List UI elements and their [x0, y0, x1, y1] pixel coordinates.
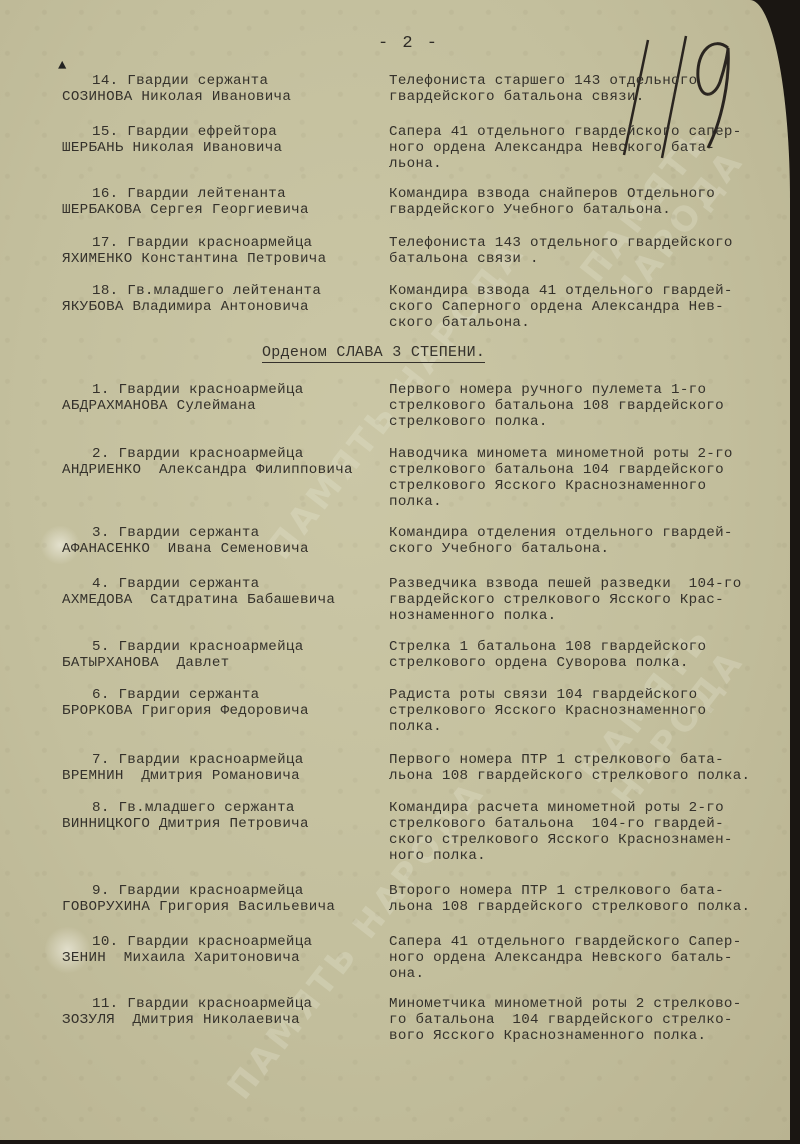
unit-line: она. [389, 966, 784, 982]
recipient-rank: 17. Гвардии красноармейца [62, 235, 392, 251]
recipient-rank: 15. Гвардии ефрейтора [62, 124, 392, 140]
unit-line: гвардейского стрелкового Ясского Крас- [389, 592, 784, 608]
unit-line: стрелкового Ясского Краснознаменного [389, 703, 784, 719]
unit-line: Минометчика минометной роты 2 стрелково- [389, 996, 784, 1012]
recipient-name: ЗЕНИН Михаила Харитоновича [62, 950, 392, 966]
unit-line: Первого номера ПТР 1 стрелкового бата- [389, 752, 784, 768]
recipient-name: ЯКУБОВА Владимира Антоновича [62, 299, 392, 315]
recipient-rank: 6. Гвардии сержанта [62, 687, 392, 703]
recipient: 1. Гвардии красноармейцаАБДРАХМАНОВА Сул… [62, 382, 392, 414]
recipient-rank: 11. Гвардии красноармейца [62, 996, 392, 1012]
unit-line: ского батальона. [389, 315, 784, 331]
recipient-unit: Командира расчета минометной роты 2-гост… [389, 800, 784, 864]
unit-line: Сапера 41 отдельного гвардейского Сапер- [389, 934, 784, 950]
recipient: 4. Гвардии сержантаАХМЕДОВА Сатдратина Б… [62, 576, 392, 608]
unit-line: ского Учебного батальона. [389, 541, 784, 557]
unit-line: батальона связи . [389, 251, 784, 267]
recipient-name: АБДРАХМАНОВА Сулеймана [62, 398, 392, 414]
recipient-name: АНДРИЕНКО Александра Филипповича [62, 462, 392, 478]
recipient-rank: 9. Гвардии красноармейца [62, 883, 392, 899]
recipient-rank: 14. Гвардии сержанта [62, 73, 392, 89]
recipient: 17. Гвардии красноармейцаЯХИМЕНКО Конста… [62, 235, 392, 267]
recipient-unit: Телефониста старшего 143 отдельногогвард… [389, 73, 784, 105]
recipient-name: АФАНАСЕНКО Ивана Семеновича [62, 541, 392, 557]
recipient-name: ГОВОРУХИНА Григория Васильевича [62, 899, 392, 915]
unit-line: Командира взвода 41 отдельного гвардей- [389, 283, 784, 299]
recipient-name: ВРЕМНИН Дмитрия Романовича [62, 768, 392, 784]
recipient-rank: 18. Гв.младшего лейтенанта [62, 283, 392, 299]
recipient-unit: Разведчика взвода пешей разведки 104-гог… [389, 576, 784, 624]
unit-line: стрелкового Ясского Краснознаменного [389, 478, 784, 494]
unit-line: вого Ясского Краснознаменного полка. [389, 1028, 784, 1044]
unit-line: стрелкового батальона 104 гвардейского [389, 462, 784, 478]
recipient: 10. Гвардии красноармейцаЗЕНИН Михаила Х… [62, 934, 392, 966]
recipient-unit: Наводчика миномета минометной роты 2-гос… [389, 446, 784, 510]
recipient-name: СОЗИНОВА Николая Ивановича [62, 89, 392, 105]
unit-line: ского стрелкового Ясского Краснознамен- [389, 832, 784, 848]
recipient-rank: 5. Гвардии красноармейца [62, 639, 392, 655]
recipient: 7. Гвардии красноармейцаВРЕМНИН Дмитрия … [62, 752, 392, 784]
recipient-unit: Минометчика минометной роты 2 стрелково-… [389, 996, 784, 1044]
unit-line: гвардейского Учебного батальона. [389, 202, 784, 218]
unit-line: стрелкового батальона 104-го гвардей- [389, 816, 784, 832]
recipient-rank: 2. Гвардии красноармейца [62, 446, 392, 462]
recipient-unit: Радиста роты связи 104 гвардейскогострел… [389, 687, 784, 735]
recipient-rank: 1. Гвардии красноармейца [62, 382, 392, 398]
recipient: 3. Гвардии сержантаАФАНАСЕНКО Ивана Семе… [62, 525, 392, 557]
unit-line: Телефониста 143 отдельного гвардейского [389, 235, 784, 251]
unit-line: стрелкового батальона 108 гвардейского [389, 398, 784, 414]
recipient: 16. Гвардии лейтенантаШЕРБАКОВА Сергея Г… [62, 186, 392, 218]
unit-line: Первого номера ручного пулемета 1-го [389, 382, 784, 398]
unit-line: полка. [389, 494, 784, 510]
section-heading: Орденом СЛАВА 3 СТЕПЕНИ. [262, 344, 485, 363]
recipient-name: АХМЕДОВА Сатдратина Бабашевича [62, 592, 392, 608]
punch-mark: ▲ [58, 58, 66, 74]
unit-line: ного ордена Александра Невского баталь- [389, 950, 784, 966]
unit-line: стрелкового полка. [389, 414, 784, 430]
recipient-rank: 7. Гвардии красноармейца [62, 752, 392, 768]
recipient-unit: Телефониста 143 отдельного гвардейскогоб… [389, 235, 784, 267]
recipient-name: ЗОЗУЛЯ Дмитрия Николаевича [62, 1012, 392, 1028]
recipient-unit: Командира взвода снайперов Отдельногогва… [389, 186, 784, 218]
unit-line: Второго номера ПТР 1 стрелкового бата- [389, 883, 784, 899]
recipient: 18. Гв.младшего лейтенантаЯКУБОВА Владим… [62, 283, 392, 315]
recipient: 11. Гвардии красноармейцаЗОЗУЛЯ Дмитрия … [62, 996, 392, 1028]
unit-line: нознаменного полка. [389, 608, 784, 624]
recipient-name: ВИННИЦКОГО Дмитрия Петровича [62, 816, 392, 832]
unit-line: полка. [389, 719, 784, 735]
recipient-name: ЯХИМЕНКО Константина Петровича [62, 251, 392, 267]
unit-line: Радиста роты связи 104 гвардейского [389, 687, 784, 703]
recipient: 15. Гвардии ефрейтораШЕРБАНЬ Николая Ива… [62, 124, 392, 156]
unit-line: гвардейского батальона связи. [389, 89, 784, 105]
unit-line: Стрелка 1 батальона 108 гвардейского [389, 639, 784, 655]
unit-line: го батальона 104 гвардейского стрелко- [389, 1012, 784, 1028]
recipient: 14. Гвардии сержантаСОЗИНОВА Николая Ива… [62, 73, 392, 105]
unit-line: ского Саперного ордена Александра Нев- [389, 299, 784, 315]
recipient: 8. Гв.младшего сержантаВИННИЦКОГО Дмитри… [62, 800, 392, 832]
recipient-unit: Командира отделения отдельного гвардей-с… [389, 525, 784, 557]
unit-line: льона. [389, 156, 784, 172]
recipient: 2. Гвардии красноармейцаАНДРИЕНКО Алекса… [62, 446, 392, 478]
recipient-unit: Сапера 41 отдельного гвардейского Сапер-… [389, 934, 784, 982]
recipient-name: ШЕРБАКОВА Сергея Георгиевича [62, 202, 392, 218]
unit-line: Наводчика миномета минометной роты 2-го [389, 446, 784, 462]
recipient-unit: Командира взвода 41 отдельного гвардей-с… [389, 283, 784, 331]
recipient: 5. Гвардии красноармейцаБАТЫРХАНОВА Давл… [62, 639, 392, 671]
recipient-rank: 3. Гвардии сержанта [62, 525, 392, 541]
recipient-rank: 16. Гвардии лейтенанта [62, 186, 392, 202]
document-page: ПАМЯТЬ НАРОДА ПАМЯТЬ НАРОДА ПАМЯТЬ НАРОД… [0, 0, 790, 1140]
recipient-unit: Сапера 41 отдельного гвардейского сапер-… [389, 124, 784, 172]
unit-line: Командира отделения отдельного гвардей- [389, 525, 784, 541]
unit-line: Разведчика взвода пешей разведки 104-го [389, 576, 784, 592]
recipient-name: БАТЫРХАНОВА Давлет [62, 655, 392, 671]
unit-line: льона 108 гвардейского стрелкового полка… [389, 768, 784, 784]
recipient-unit: Стрелка 1 батальона 108 гвардейскогостре… [389, 639, 784, 671]
unit-line: Командира взвода снайперов Отдельного [389, 186, 784, 202]
unit-line: Телефониста старшего 143 отдельного [389, 73, 784, 89]
recipient-name: БРОРКОВА Григория Федоровича [62, 703, 392, 719]
recipient: 9. Гвардии красноармейцаГОВОРУХИНА Григо… [62, 883, 392, 915]
page-number: - 2 - [378, 34, 439, 53]
recipient-rank: 4. Гвардии сержанта [62, 576, 392, 592]
recipient: 6. Гвардии сержантаБРОРКОВА Григория Фед… [62, 687, 392, 719]
unit-line: стрелкового ордена Суворова полка. [389, 655, 784, 671]
unit-line: ного ордена Александра Невского бата- [389, 140, 784, 156]
recipient-rank: 8. Гв.младшего сержанта [62, 800, 392, 816]
recipient-unit: Первого номера ПТР 1 стрелкового бата-ль… [389, 752, 784, 784]
unit-line: Командира расчета минометной роты 2-го [389, 800, 784, 816]
recipient-rank: 10. Гвардии красноармейца [62, 934, 392, 950]
unit-line: Сапера 41 отдельного гвардейского сапер- [389, 124, 784, 140]
recipient-unit: Первого номера ручного пулемета 1-гостре… [389, 382, 784, 430]
unit-line: льона 108 гвардейского стрелкового полка… [389, 899, 784, 915]
recipient-name: ШЕРБАНЬ Николая Ивановича [62, 140, 392, 156]
unit-line: ного полка. [389, 848, 784, 864]
recipient-unit: Второго номера ПТР 1 стрелкового бата-ль… [389, 883, 784, 915]
